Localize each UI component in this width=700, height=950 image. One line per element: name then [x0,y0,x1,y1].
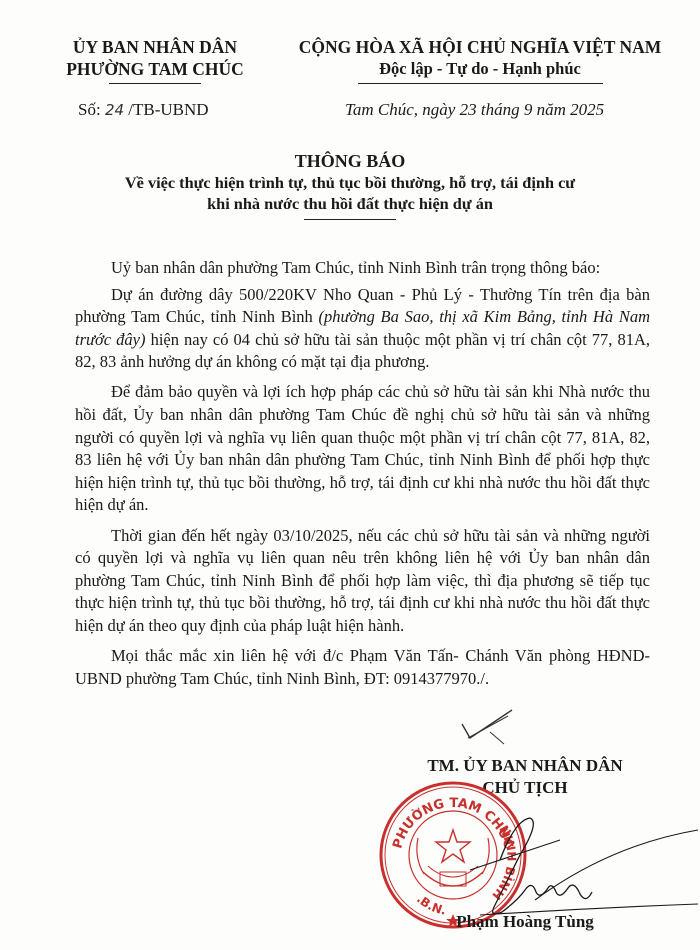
place-date: Tam Chúc, ngày 23 tháng 9 năm 2025 [345,100,604,120]
title-underline [304,219,396,220]
agency-line-2: PHƯỜNG TAM CHÚC [40,58,270,80]
on-behalf-label: TM. ỦY BAN NHÂN DÂN [395,755,655,777]
document-page: ỦY BAN NHÂN DÂN PHƯỜNG TAM CHÚC CỘNG HÒA… [0,0,700,950]
agency-underline [109,83,201,84]
title-main: THÔNG BÁO [30,150,670,172]
paragraph-1: Dự án đường dây 500/220KV Nho Quan - Phủ… [75,284,650,374]
motto-underline [358,83,603,84]
title-subject-2: khi nhà nước thu hồi đất thực hiện dự án [30,193,670,214]
nation-motto: Độc lập - Tự do - Hạnh phúc [270,58,690,80]
doc-number-handwritten: 24 [105,101,124,119]
title-subject-1: Về việc thực hiện trình tự, thủ tục bồi … [30,172,670,193]
issuing-agency: ỦY BAN NHÂN DÂN PHƯỜNG TAM CHÚC [40,36,270,84]
doc-number-suffix: /TB-UBND [124,100,209,119]
agency-line-1: ỦY BAN NHÂN DÂN [40,36,270,58]
intro-paragraph: Uỷ ban nhân dân phường Tam Chúc, tỉnh Ni… [75,257,650,280]
document-body: Uỷ ban nhân dân phường Tam Chúc, tỉnh Ni… [75,257,650,698]
document-title: THÔNG BÁO Về việc thực hiện trình tự, th… [30,150,670,220]
national-heading: CỘNG HÒA XÃ HỘI CHỦ NGHĨA VIỆT NAM Độc l… [270,36,690,84]
nation-title: CỘNG HÒA XÃ HỘI CHỦ NGHĨA VIỆT NAM [270,36,690,58]
signer-name: Phạm Hoàng Tùng [395,912,655,932]
p1-text-b: hiện nay có 04 chủ sở hữu tài sản thuộc … [75,330,650,372]
paragraph-4: Mọi thắc mắc xin liên hệ với đ/c Phạm Vă… [75,645,650,690]
paragraph-2: Để đảm bảo quyền và lợi ích hợp pháp các… [75,381,650,517]
document-number: Số: 24 /TB-UBND [78,100,209,120]
initial-check-mark [460,708,515,746]
doc-number-prefix: Số: [78,100,105,119]
paragraph-3: Thời gian đến hết ngày 03/10/2025, nếu c… [75,525,650,638]
handwritten-signature [440,800,700,920]
